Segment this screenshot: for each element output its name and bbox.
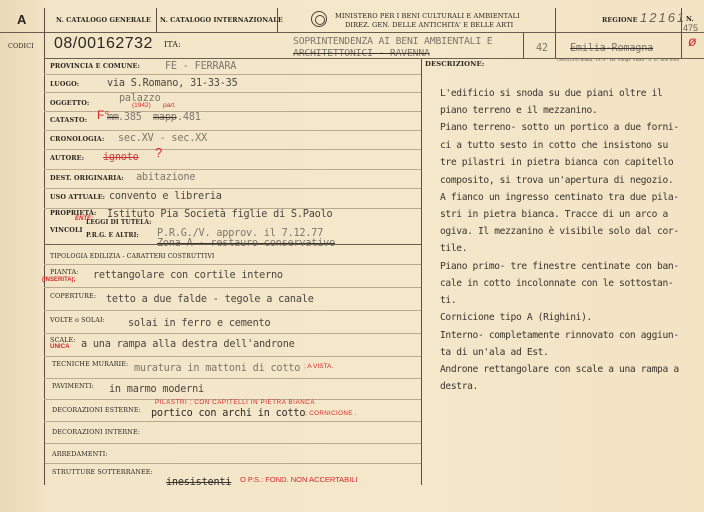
rule-code-left (523, 32, 524, 58)
printer-note: (5603239) Roma, 1975 - Ist. Poligr. Stat… (557, 57, 679, 62)
desc-line: ta di un'ala ad Est. (440, 347, 549, 358)
pavimenti-label: PAVIMENTI: (52, 382, 94, 390)
sep (44, 421, 421, 422)
sep (44, 463, 421, 464)
decorazioni-esterne-value: portico con archi in cotto (151, 408, 305, 419)
decorazioni-esterne-label: DECORAZIONI ESTERNE: (52, 406, 141, 414)
rule-header-bottom (0, 32, 704, 33)
leggi-tutela-label: LEGGI DI TUTELA: (86, 219, 151, 226)
n-mark-red: ø (688, 33, 697, 49)
desc-line: A fianco un ingresso centinato tra due p… (440, 192, 679, 203)
catalogo-generale-number: 08/00162732 (54, 35, 153, 53)
luogo-label: LUOGO: (50, 80, 79, 88)
scale-unica-note: UNICA (50, 343, 70, 350)
catasto-struck-mapp: mapp (153, 112, 177, 123)
desc-line: Piano primo- tre finestre centinate con … (440, 261, 679, 272)
desc-line: Cornicione tipo A (Righini). (440, 312, 592, 323)
desc-line: ogiva. Il mezzanino è visibile solo dal … (440, 226, 679, 237)
regione-value: 12161 (640, 10, 686, 25)
section-letter: A (17, 12, 26, 27)
rule-catalog-divider (156, 8, 157, 32)
catasto-part-note: part. (163, 102, 176, 109)
catasto-value-a: .385 (118, 112, 142, 123)
vincoli-label: VINCOLI (50, 226, 83, 234)
regione-name: Emilia-Romagna (570, 43, 653, 54)
rule-descr-divider (421, 58, 422, 423)
prg-label: P.R.G. E ALTRI: (86, 232, 139, 239)
dest-originaria-label: DEST. ORIGINARIA: (50, 174, 124, 182)
tecniche-value: muratura in mattoni di cotto (134, 363, 300, 374)
pianta-label: PIANTA: (50, 268, 78, 276)
desc-line: Piano terreno- sotto un portico a due fo… (440, 122, 679, 133)
catalog-card: A N. CATALOGO GENERALE N. CATALOGO INTER… (0, 0, 704, 512)
ministry-line1: MINISTERO PER I BENI CULTURALI E AMBIENT… (335, 12, 520, 20)
sep (44, 264, 421, 265)
sep (44, 378, 421, 379)
uso-attuale-value: convento e libreria (109, 191, 222, 202)
catasto-year-note: (1942) (132, 102, 151, 109)
desc-line: destra. (440, 381, 478, 392)
dest-originaria-value: abitazione (136, 172, 195, 183)
strutture-note: O P.S.: FOND. NON ACCERTABILI (240, 475, 358, 484)
desc-line: piano terreno e il mezzanino. (440, 105, 597, 116)
coperture-label: COPERTURE: (50, 292, 96, 300)
sep (44, 92, 421, 93)
provincia-label: PROVINCIA E COMUNE: (50, 62, 140, 70)
catasto-label: CATASTO: (50, 116, 87, 124)
scale-value: a una rampa alla destra dell'androne (81, 339, 295, 350)
autore-struck: ignoto (103, 152, 139, 163)
autore-question: ? (155, 145, 162, 160)
strutture-label: STRUTTURE SOTTERRANEE: (52, 468, 153, 476)
cronologia-label: CRONOLOGIA: (50, 135, 104, 143)
rule-left-bottom (44, 423, 45, 485)
regione-label: REGIONE (602, 16, 638, 24)
n-catalogo-generale-label: N. CATALOGO GENERALE (56, 16, 151, 24)
volte-value: solai in ferro e cemento (128, 318, 270, 329)
tipologia-label: TIPOLOGIA EDILIZIA - CARATTERI COSTRUTTI… (50, 253, 214, 260)
desc-line: tile. (440, 243, 467, 254)
sep (44, 169, 421, 170)
tecniche-vista-note: ; A VISTA. (304, 363, 333, 370)
desc-line: composito, si trova un'apertura di negoz… (440, 175, 673, 186)
tecniche-label: TECNICHE MURARIE: (52, 360, 128, 368)
cronologia-value: sec.XV - sec.XX (118, 133, 207, 144)
sep (44, 356, 421, 357)
pianta-inserita-note: (INSERITA); (42, 277, 76, 283)
descrizione-label: DESCRIZIONE: (425, 60, 484, 68)
codici-label: CODICI (8, 42, 34, 50)
n-value: 475 (683, 23, 698, 33)
decorazioni-interne-label: DECORAZIONI INTERNE: (52, 428, 140, 436)
republic-emblem-icon (311, 11, 327, 27)
sep (44, 149, 421, 150)
desc-line: ti. (440, 295, 456, 306)
n-label: N. (686, 15, 694, 23)
oggetto-label: OGGETTO: (50, 99, 89, 107)
decorazioni-esterne-note-above: PILASTRI ; CON CAPITELLI IN PIETRA BIANC… (155, 399, 315, 406)
soprintendenza-line2: ARCHITETTONICI - RAVENNA (293, 48, 430, 59)
desc-line: L'edificio si snoda su due piani oltre i… (440, 88, 662, 99)
desc-line: Interno- completamente rinnovato con agg… (440, 330, 679, 341)
sep (44, 443, 421, 444)
code-42: 42 (536, 43, 548, 54)
sep (44, 188, 421, 189)
sep (44, 287, 421, 288)
rule-mid-bottom (421, 423, 422, 485)
desc-line: stri in pietra bianca. Tracce di un arco… (440, 209, 668, 220)
soprintendenza-line1: SOPRINTENDENZA AI BENI AMBIENTALI E (293, 36, 492, 47)
sep (44, 333, 421, 334)
volte-label: VOLTE o SOLAI: (50, 316, 105, 324)
desc-line: ci a tutto sesto in cotto che insistono … (440, 140, 668, 151)
sep (44, 74, 421, 75)
n-catalogo-internazionale-label: N. CATALOGO INTERNAZIONALE (160, 16, 283, 24)
decorazioni-esterne-note-after: ; CORNICIONE . (305, 410, 357, 417)
pavimenti-value: in marmo moderni (109, 384, 204, 395)
sep (44, 130, 421, 131)
luogo-value: via S.Romano, 31-33-35 (107, 78, 238, 89)
sep (44, 310, 421, 311)
pianta-value: rettangolare con cortile interno (93, 270, 283, 281)
arredamenti-label: ARREDAMENTI: (52, 450, 108, 458)
ministry-line2: DIREZ. GEN. DELLE ANTICHITA' E BELLE ART… (345, 21, 513, 29)
strutture-struck: inesistenti (166, 477, 231, 488)
desc-line: cale in cotto incolonnate con le sottost… (440, 278, 673, 289)
ita-label: ITA: (164, 40, 181, 49)
coperture-value: tetto a due falde - tegole a canale (106, 294, 314, 305)
prg-line2: Zona A - restauro conservativo (157, 238, 335, 249)
desc-line: Androne rettangolare con scale a una ram… (440, 364, 679, 375)
rule-regione-divider (555, 8, 556, 58)
autore-label: AUTORE: (50, 154, 84, 162)
catasto-value-b: .481 (177, 112, 201, 123)
provincia-value: FE - FERRARA (165, 61, 236, 72)
rule-left-column (44, 8, 45, 423)
desc-line: tre pilastri in pietra bianca con capite… (440, 157, 673, 168)
uso-attuale-label: USO ATTUALE: (50, 193, 105, 201)
